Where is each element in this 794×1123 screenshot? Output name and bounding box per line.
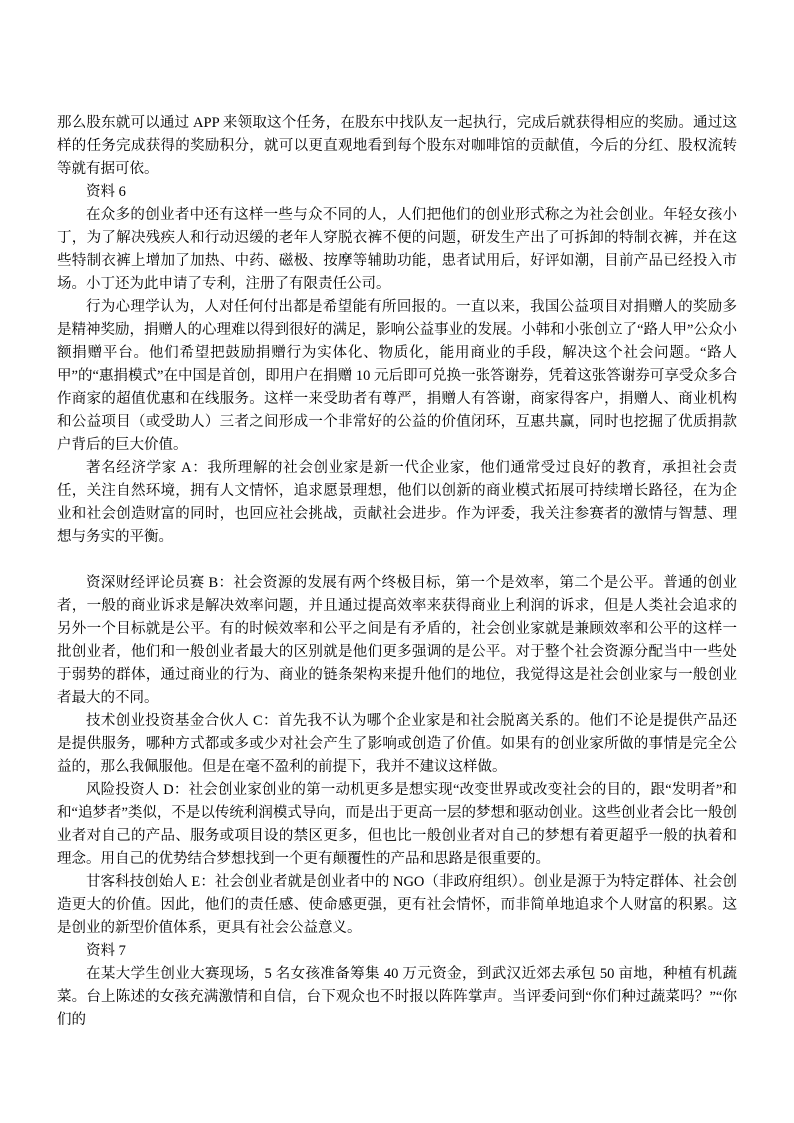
section-heading-material-6: 资料 6 [57, 181, 737, 204]
paragraph-fund-partner-c: 技术创业投资基金合伙人 C：首先我不认为哪个企业家是和社会脱离关系的。他们不论是… [57, 710, 737, 779]
paragraph-social-entrepreneurship-intro: 在众多的创业者中还有这样一些与众不同的人，人们把他们的创业形式称之为社会创业。年… [57, 204, 737, 296]
paragraph-economist-a: 著名经济学家 A：我所理解的社会创业家是新一代企业家，他们通常受过良好的教育，承… [57, 457, 737, 549]
paragraph-founder-e: 甘客科技创始人 E：社会创业者就是创业者中的 NGO（非政府组织）。创业是源于为… [57, 871, 737, 940]
section-heading-material-7: 资料 7 [57, 940, 737, 963]
document-page: 那么股东就可以通过 APP 来领取这个任务，在股东中找队友一起执行，完成后就获得… [0, 0, 794, 1123]
document-body: 那么股东就可以通过 APP 来领取这个任务，在股东中找队友一起执行，完成后就获得… [57, 112, 737, 1032]
paragraph-venture-investor-d: 风险投资人 D：社会创业家创业的第一动机更多是想实现“改变世界或改变社会的目的，… [57, 779, 737, 871]
paragraph-donation-platform: 行为心理学认为，人对任何付出都是希望能有所回报的。一直以来，我国公益项目对捐赠人… [57, 296, 737, 457]
paragraph-commentator-b: 资深财经评论员赛 B：社会资源的发展有两个终极目标，第一个是效率，第二个是公平。… [57, 572, 737, 710]
blank-line [57, 549, 737, 572]
paragraph-coffee-shop-shareholders: 那么股东就可以通过 APP 来领取这个任务，在股东中找队友一起执行，完成后就获得… [57, 112, 737, 181]
paragraph-student-contest: 在某大学生创业大赛现场，5 名女孩准备筹集 40 万元资金，到武汉近郊去承包 5… [57, 963, 737, 1032]
